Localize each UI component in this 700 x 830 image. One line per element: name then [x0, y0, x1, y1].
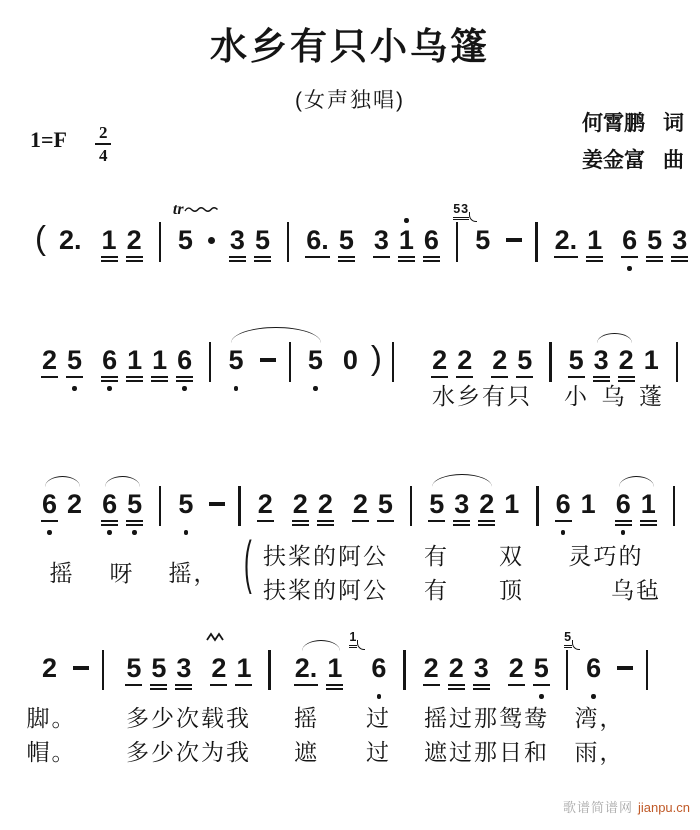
- note-3: 3: [225, 216, 250, 274]
- note-digit: 1: [398, 225, 415, 255]
- beat-group: 6.5: [301, 216, 359, 274]
- beat-group: 5tr: [173, 216, 198, 274]
- score-line: (2.125tr356.53165532.1653: [0, 196, 700, 274]
- octave-dot-row: [177, 264, 194, 274]
- note-digit: 5: [227, 345, 244, 375]
- note-2: 2.: [290, 644, 323, 702]
- note-2: 2: [206, 644, 231, 702]
- note-6: 6: [97, 480, 122, 538]
- underline-area: [326, 683, 343, 692]
- octave-dot-row: [398, 216, 415, 225]
- note-digit: 2: [448, 653, 465, 683]
- underline-area: [175, 683, 192, 692]
- note-digit: 2: [257, 489, 274, 519]
- underline-area: [473, 683, 490, 692]
- sixteenth-underline: [151, 380, 168, 382]
- lyric-segment: 遮: [294, 734, 319, 767]
- lyricist-credit: 何霄鹏词: [582, 105, 684, 142]
- octave-dot-row: [352, 528, 369, 538]
- beat-group: 25: [348, 480, 398, 538]
- eighth-underline: [423, 256, 440, 258]
- note-2: 2: [504, 644, 529, 702]
- octave-dot-row: [554, 216, 579, 225]
- note-2: 2: [37, 336, 62, 394]
- beat-group: 62: [37, 480, 87, 538]
- octave-dot-row: [478, 528, 495, 538]
- underline-area: [210, 683, 227, 692]
- eighth-underline: [305, 256, 330, 258]
- eighth-underline: [478, 520, 495, 522]
- lyric-segment: 摇: [50, 555, 75, 588]
- note-1: 1: [499, 480, 524, 538]
- underline-area: [423, 683, 440, 692]
- eighth-underline: [554, 256, 579, 258]
- octave-dot-row: [646, 264, 663, 274]
- note-3: 3: [667, 216, 692, 274]
- underline-area: [373, 255, 390, 264]
- octave-dot-row: [101, 528, 118, 538]
- beat-group: 5: [223, 336, 248, 394]
- note-2: 2: [288, 480, 313, 538]
- mordent-ornament: [206, 629, 226, 647]
- eighth-underline: [373, 256, 390, 258]
- note-digit: 2: [292, 489, 309, 519]
- underline-area: [151, 375, 168, 384]
- underline-area: [307, 375, 324, 384]
- underline-area: [58, 255, 83, 264]
- eighth-underline: [398, 256, 415, 258]
- eighth-underline: [448, 684, 465, 686]
- sixteenth-underline: [292, 524, 309, 526]
- duration-dash: [617, 666, 633, 670]
- high-octave-dot: [404, 218, 409, 223]
- lyric-segment: 摇过那鸳鸯: [424, 700, 549, 733]
- grace-hook: [357, 640, 365, 650]
- score-line: 626552222553216161(摇呀摇，扶桨的阿公有双灵巧的扶桨的阿公有顶…: [0, 460, 700, 538]
- note-digit: 5: [177, 489, 194, 519]
- octave-dot-row: [305, 216, 330, 225]
- octave-dot-row: [453, 528, 470, 538]
- octave-dot-row: [533, 644, 550, 653]
- underline-area: [586, 255, 603, 264]
- sixteenth-underline: [150, 688, 167, 690]
- sixteenth-underline: [640, 524, 657, 526]
- octave-dot-row: [58, 216, 83, 225]
- low-octave-dot: [107, 386, 112, 391]
- note-digit: 2.: [58, 225, 83, 255]
- lyric-segment: 顶: [499, 572, 524, 605]
- octave-dot-row: [66, 336, 83, 345]
- octave-dot-row: [66, 528, 83, 538]
- note-digit: 1: [326, 653, 343, 683]
- beat-group: 25: [37, 336, 87, 394]
- octave-dot-row: [101, 264, 118, 274]
- beat-group: 653: [617, 216, 692, 274]
- note-1: 1: [97, 216, 122, 274]
- sixteenth-underline: [615, 524, 632, 526]
- note-6: 6: [551, 480, 576, 538]
- note-5: 5: [424, 480, 449, 538]
- note-1: 1: [231, 644, 256, 702]
- underline-area: [580, 519, 597, 528]
- eighth-underline: [423, 684, 440, 686]
- lyric-segment: 多少次载我: [126, 700, 251, 733]
- sixteenth-underline: [478, 524, 495, 526]
- duration-dash: [209, 502, 225, 506]
- note-digit: 5: [568, 345, 585, 375]
- duration-dash: [506, 238, 522, 242]
- note-digit: 3: [373, 225, 390, 255]
- octave-dot-row: [227, 384, 244, 394]
- note-digit: 2: [508, 653, 525, 683]
- octave-dot-row: [292, 480, 309, 489]
- parenthesis: ): [371, 340, 382, 376]
- eighth-underline: [555, 520, 572, 522]
- underline-area: [66, 375, 83, 384]
- note-0: 0: [338, 336, 363, 394]
- note-6: 6: [617, 216, 642, 274]
- octave-dot-row: [235, 644, 252, 653]
- underline-area: [640, 519, 657, 528]
- slur-arc: [302, 640, 340, 651]
- eighth-underline: [646, 256, 663, 258]
- underline-area: [101, 375, 118, 384]
- octave-dot-row: [640, 528, 657, 538]
- octave-dot-row: [580, 480, 597, 489]
- barline: [676, 342, 678, 382]
- underline-area: [533, 683, 550, 692]
- eighth-underline: [126, 376, 143, 378]
- beat-group: 35: [225, 216, 275, 274]
- octave-dot-row: [554, 264, 579, 274]
- note-2: 2: [444, 644, 469, 702]
- note-digit: 5: [125, 653, 142, 683]
- sixteenth-underline: [176, 380, 193, 382]
- underline-area: [503, 519, 520, 528]
- note-6: 61: [366, 644, 391, 702]
- slur-arc: [432, 474, 492, 487]
- watermark-url: jianpu.cn: [638, 800, 690, 815]
- underline-area: [338, 255, 355, 264]
- note-digit: 5: [377, 489, 394, 519]
- barline: [238, 486, 240, 526]
- parenthesis: (: [35, 220, 46, 256]
- note-5: 5: [223, 336, 248, 394]
- note-digit: 6: [41, 489, 58, 519]
- note-digit: 0: [342, 345, 359, 375]
- sixteenth-underline: [254, 260, 271, 262]
- grace-notes: 1: [349, 631, 365, 650]
- underline-area: [554, 255, 579, 264]
- note-digit: 6: [101, 345, 118, 375]
- octave-dot-row: [254, 264, 271, 274]
- low-octave-dot: [591, 694, 596, 699]
- eighth-underline: [210, 684, 227, 686]
- note-digit: 1: [643, 345, 660, 375]
- eighth-underline: [640, 520, 657, 522]
- note-5: 5tr: [173, 216, 198, 274]
- note-2: 2: [62, 480, 87, 538]
- lyric-segment: 摇，: [169, 555, 219, 588]
- duration-dash: [73, 666, 89, 670]
- grace-digits: 5: [564, 631, 572, 648]
- key-label: 1=F: [30, 127, 67, 153]
- note-digit: 2: [352, 489, 369, 519]
- eighth-underline: [101, 376, 118, 378]
- underline-area: [292, 519, 309, 528]
- octave-dot-row: [491, 336, 508, 345]
- note-2: 2: [253, 480, 278, 538]
- octave-dot-row: [586, 216, 603, 225]
- credits: 何霄鹏词 姜金富曲: [582, 105, 684, 179]
- underline-area: [229, 255, 246, 264]
- lyric-segment: 过: [366, 700, 391, 733]
- slur-arc: [231, 327, 321, 343]
- duration-dash: [260, 358, 276, 362]
- sixteenth-underline: [175, 688, 192, 690]
- underline-area: [41, 519, 58, 528]
- beat-group: 5: [303, 336, 328, 394]
- octave-dot-row: [126, 528, 143, 538]
- lyric-segment: 湾，: [575, 700, 625, 733]
- beat-group: 5321: [424, 480, 524, 538]
- underline-area: [126, 255, 143, 264]
- eighth-underline: [586, 256, 603, 258]
- lyric-segment: 有: [424, 538, 449, 571]
- note-5: 5: [303, 336, 328, 394]
- octave-dot-row: [423, 216, 440, 225]
- note-digit: 2: [431, 345, 448, 375]
- beat-group: 5: [173, 480, 198, 538]
- octave-dot-row: [448, 644, 465, 653]
- sixteenth-underline: [453, 524, 470, 526]
- note-digit: 2: [210, 653, 227, 683]
- beat-group: 25: [504, 644, 554, 702]
- barline: [102, 650, 104, 690]
- note-5: 5: [373, 480, 398, 538]
- barline: [673, 486, 675, 526]
- note-5: 553: [470, 216, 495, 274]
- note-digit: 6: [621, 225, 638, 255]
- eighth-underline: [66, 376, 83, 378]
- note-1: 1: [394, 216, 419, 274]
- lyric-segment: 帽。: [27, 734, 77, 767]
- note-6: 6: [611, 480, 636, 538]
- note-2: 2: [122, 216, 147, 274]
- underline-area: [294, 683, 319, 692]
- note-2: 2.: [550, 216, 583, 274]
- beat-group: 22: [288, 480, 338, 538]
- note-digit: 5: [126, 489, 143, 519]
- time-signature: 2 4: [95, 123, 112, 165]
- note-digit: 6: [370, 653, 387, 683]
- eighth-underline: [150, 684, 167, 686]
- underline-area: [126, 375, 143, 384]
- underline-area: [41, 375, 58, 384]
- octave-dot-row: [254, 216, 271, 225]
- note-digit: 3: [671, 225, 688, 255]
- sixteenth-underline: [586, 260, 603, 262]
- octave-dot-row: [126, 336, 143, 345]
- barline: [403, 650, 405, 690]
- note-6: 6.: [301, 216, 334, 274]
- note-digit: 5: [254, 225, 271, 255]
- eighth-underline: [377, 520, 394, 522]
- eighth-underline: [235, 684, 252, 686]
- note-3: 3: [171, 644, 196, 702]
- score-line: 256116550)22255321水乡有只小乌蓬: [0, 316, 700, 394]
- octave-dot-row: [474, 264, 491, 274]
- sixteenth-underline: [126, 260, 143, 262]
- lyric-segment: 遮过那日和: [424, 734, 549, 767]
- octave-dot-row: [373, 216, 390, 225]
- octave-dot-row: [373, 264, 390, 274]
- note-digit: 2: [126, 225, 143, 255]
- underline-area: [448, 683, 465, 692]
- lyric-segment: 乌: [602, 378, 627, 411]
- octave-dot-row: [101, 384, 118, 394]
- beat-group: 553: [121, 644, 196, 702]
- barline: [268, 650, 270, 690]
- grace-notes: 5: [564, 631, 580, 650]
- sixteenth-underline: [317, 524, 334, 526]
- low-octave-dot: [621, 530, 626, 535]
- note-2: 2.: [54, 216, 87, 274]
- note-digit: 2: [618, 345, 635, 375]
- low-octave-dot: [47, 530, 52, 535]
- beat-group: 223: [419, 644, 494, 702]
- octave-dot-row: [503, 480, 520, 489]
- note-digit: 3: [473, 653, 490, 683]
- underline-area: [227, 375, 244, 384]
- octave-dot-row: [338, 264, 355, 274]
- note-1: 1: [576, 480, 601, 538]
- octave-dot-row: [621, 264, 638, 274]
- octave-dot-row: [177, 480, 194, 489]
- note-3: 3: [469, 644, 494, 702]
- beat-group: 0: [338, 336, 363, 394]
- octave-dot-row: [41, 644, 58, 653]
- octave-dot-row: [58, 264, 83, 274]
- note-3: 3: [369, 216, 394, 274]
- note-digit: 1: [640, 489, 657, 519]
- note-digit: 5: [533, 653, 550, 683]
- octave-dot-row: [671, 264, 688, 274]
- underline-area: [508, 683, 525, 692]
- eighth-underline: [508, 684, 525, 686]
- note-digit: 1: [503, 489, 520, 519]
- note-2: 2: [313, 480, 338, 538]
- note-digit: 5: [474, 225, 491, 255]
- underline-area: [478, 519, 495, 528]
- octave-dot-row: [352, 480, 369, 489]
- note-digit: 6.: [305, 225, 330, 255]
- slur-arc: [619, 476, 654, 487]
- lyric-segment: 多少次为我: [126, 734, 251, 767]
- octave-dot-row: [398, 264, 415, 274]
- watermark-site-name: 歌谱简谱网: [563, 800, 633, 815]
- note-digit: 6: [176, 345, 193, 375]
- note-digit: 3: [593, 345, 610, 375]
- octave-dot-row: [317, 528, 334, 538]
- eighth-underline: [176, 376, 193, 378]
- time-signature-denominator: 4: [95, 145, 112, 165]
- underline-area: [615, 519, 632, 528]
- note-digit: 3: [175, 653, 192, 683]
- song-title: 水乡有只小乌篷: [0, 16, 700, 70]
- sixteenth-underline: [473, 688, 490, 690]
- lyric-segment: 有: [424, 572, 449, 605]
- underline-area: [257, 519, 274, 528]
- eighth-underline: [41, 520, 58, 522]
- octave-dot-row: [307, 384, 324, 394]
- sheet-music-page: 水乡有只小乌篷 (女声独唱) 何霄鹏词 姜金富曲 1=F 2 4 歌谱简谱网ji…: [0, 0, 700, 830]
- eighth-underline: [229, 256, 246, 258]
- octave-dot-row: [342, 384, 359, 394]
- eighth-underline: [41, 376, 58, 378]
- lyric-segment: 小: [564, 378, 589, 411]
- note-digit: 6: [585, 653, 602, 683]
- octave-dot-row: [370, 644, 387, 653]
- note-digit: 3: [453, 489, 470, 519]
- octave-dot-row: [305, 264, 330, 274]
- eighth-underline: [671, 256, 688, 258]
- composer-role: 曲: [663, 149, 684, 172]
- sixteenth-underline: [126, 380, 143, 382]
- slur-arc: [45, 476, 80, 487]
- note-5: 5: [173, 480, 198, 538]
- beat-group: 61: [611, 480, 661, 538]
- octave-dot-row: [508, 644, 525, 653]
- low-octave-dot: [72, 386, 77, 391]
- note-digit: 6: [615, 489, 632, 519]
- underline-area: [66, 519, 83, 528]
- octave-dot-row: [151, 384, 168, 394]
- low-octave-dot: [132, 530, 137, 535]
- composer-credit: 姜金富曲: [582, 142, 684, 179]
- note-digit: 5: [177, 225, 194, 255]
- lyricist-role: 词: [663, 112, 684, 135]
- underline-area: [177, 255, 194, 264]
- barline: [646, 650, 648, 690]
- lyric-segment: 水乡有只: [432, 378, 532, 411]
- beat-group: 61: [551, 480, 601, 538]
- beat-group: 553: [470, 216, 495, 274]
- barline: [287, 222, 289, 262]
- octave-dot-row: [125, 644, 142, 653]
- octave-dot-row: [150, 644, 167, 653]
- eighth-underline: [352, 520, 369, 522]
- low-octave-dot: [234, 386, 239, 391]
- note-1: 1: [582, 216, 607, 274]
- lyric-segment: 双: [499, 538, 524, 571]
- note-5: 5: [121, 644, 146, 702]
- note-1: 1: [147, 336, 172, 394]
- lyric-segment: 摇: [294, 700, 319, 733]
- eighth-underline: [428, 520, 445, 522]
- octave-dot-row: [431, 336, 448, 345]
- octave-dot-row: [229, 216, 246, 225]
- octave-dot-row: [326, 692, 343, 702]
- watermark: 歌谱简谱网jianpu.cn: [563, 797, 690, 816]
- eighth-underline: [473, 684, 490, 686]
- octave-dot-row: [377, 528, 394, 538]
- octave-dot-row: [580, 528, 597, 538]
- composer-name: 姜金富: [582, 149, 645, 172]
- octave-dot-row: [41, 528, 58, 538]
- barline: [566, 650, 568, 690]
- octave-dot-row: [555, 480, 572, 489]
